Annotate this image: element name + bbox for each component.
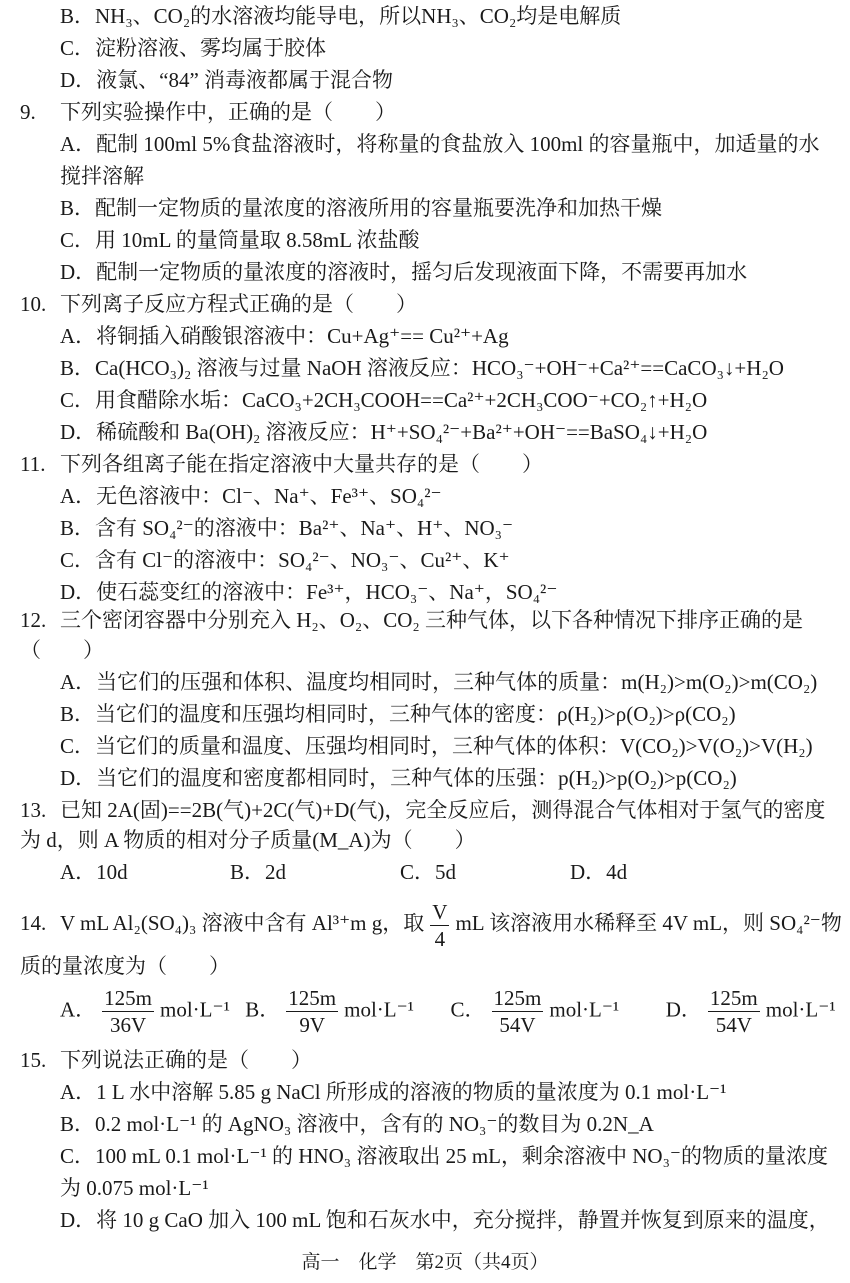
q12-number: 12. [20, 606, 60, 634]
q11-number: 11. [20, 450, 60, 478]
q14-stem-pre: V mL Al₂(SO₄)₃ 溶液中含有 Al³⁺m g，取 [60, 911, 424, 935]
q12-option-b: B．当它们的温度和压强均相同时，三种气体的密度：ρ(H₂)>ρ(O₂)>ρ(CO… [60, 700, 736, 728]
q10-number: 10. [20, 290, 60, 318]
q13-stem-line: 13.已知 2A(固)==2B(气)+2C(气)+D(气)，完全反应后，测得混合… [20, 796, 825, 824]
q14-frac-den: 4 [435, 926, 446, 952]
q10-stem: 下列离子反应方程式正确的是（ ） [60, 292, 417, 316]
q14-options: A．125m36Vmol·L⁻¹ B．125m9Vmol·L⁻¹ C．125m5… [60, 985, 836, 1038]
q12-option-d: D．当它们的温度和密度都相同时，三种气体的压强：p(H₂)>p(O₂)>p(CO… [60, 764, 737, 792]
q14-fraction: V4 [430, 899, 449, 952]
q13-option-b: B．2d [230, 858, 400, 886]
q9-option-c: C．用 10mL 的量筒量取 8.58mL 浓盐酸 [60, 226, 420, 254]
q8-option-d: D．液氯、“84” 消毒液都属于混合物 [60, 66, 393, 94]
q12-option-c: C．当它们的质量和温度、压强均相同时，三种气体的体积：V(CO₂)>V(O₂)>… [60, 732, 813, 760]
q14-stem-line: 14.V mL Al₂(SO₄)₃ 溶液中含有 Al³⁺m g，取V4mL 该溶… [20, 897, 842, 952]
q15-option-a: A．1 L 水中溶解 5.85 g NaCl 所形成的溶液的物质的量浓度为 0.… [60, 1078, 726, 1106]
q14-number: 14. [20, 897, 60, 949]
q9-option-a: A．配制 100ml 5%食盐溶液时，将称量的食盐放入 100ml 的容量瓶中，… [60, 130, 820, 158]
q11-option-c: C．含有 Cl⁻的溶液中：SO₄²⁻、NO₃⁻、Cu²⁺、K⁺ [60, 546, 510, 574]
q14-stem-post: mL 该溶液用水稀释至 4V mL，则 SO₄²⁻物 [455, 911, 841, 935]
q15-option-b: B．0.2 mol·L⁻¹ 的 AgNO₃ 溶液中，含有的 NO₃⁻的数目为 0… [60, 1110, 654, 1138]
q15-number: 15. [20, 1046, 60, 1074]
q15-option-c-cont: 为 0.075 mol·L⁻¹ [60, 1174, 209, 1202]
q10-option-c: C．用食醋除水垢：CaCO₃+2CH₃COOH==Ca²⁺+2CH₃COO⁻+C… [60, 386, 707, 414]
q13-option-a: A．10d [60, 858, 230, 886]
q10-stem-line: 10.下列离子反应方程式正确的是（ ） [20, 290, 417, 318]
q9-option-b: B．配制一定物质的量浓度的溶液所用的容量瓶要洗净和加热干燥 [60, 194, 662, 222]
q13-stem: 已知 2A(固)==2B(气)+2C(气)+D(气)，完全反应后，测得混合气体相… [60, 798, 825, 822]
q14-option-c: C．125m54Vmol·L⁻¹ [451, 985, 661, 1038]
q11-stem: 下列各组离子能在指定溶液中大量共存的是（ ） [60, 452, 543, 476]
q8-option-c: C．淀粉溶液、雾均属于胶体 [60, 34, 326, 62]
q12-stem-cont: （ ） [20, 636, 104, 664]
q10-option-b: B．Ca(HCO₃)₂ 溶液与过量 NaOH 溶液反应：HCO₃⁻+OH⁻+Ca… [60, 354, 784, 382]
q11-option-b: B．含有 SO₄²⁻的溶液中：Ba²⁺、Na⁺、H⁺、NO₃⁻ [60, 514, 513, 542]
q14-option-b: B．125m9Vmol·L⁻¹ [245, 985, 445, 1038]
q11-stem-line: 11.下列各组离子能在指定溶液中大量共存的是（ ） [20, 450, 543, 478]
q14-frac-num: V [430, 899, 449, 926]
q13-options: A．10dB．2dC．5dD．4d [60, 858, 627, 886]
q13-option-c: C．5d [400, 858, 570, 886]
q12-option-a: A．当它们的压强和体积、温度均相同时，三种气体的质量：m(H₂)>m(O₂)>m… [60, 668, 817, 696]
q14-stem-cont: 质的量浓度为（ ） [20, 952, 230, 980]
q13-number: 13. [20, 796, 60, 824]
q9-stem: 下列实验操作中，正确的是（ ） [60, 100, 396, 124]
q9-number: 9. [20, 98, 60, 126]
q9-option-d: D．配制一定物质的量浓度的溶液时，摇匀后发现液面下降，不需要再加水 [60, 258, 747, 286]
q13-stem-cont: 为 d，则 A 物质的相对分子质量(M_A)为（ ） [20, 826, 476, 854]
q8-option-b: B．NH₃、CO₂的水溶液均能导电，所以NH₃、CO₂均是电解质 [60, 2, 621, 30]
q13-option-d: D．4d [570, 860, 627, 884]
q15-stem-line: 15.下列说法正确的是（ ） [20, 1046, 312, 1074]
q12-stem: 三个密闭容器中分别充入 H₂、O₂、CO₂ 三种气体，以下各种情况下排序正确的是 [60, 608, 803, 632]
q11-option-d: D．使石蕊变红的溶液中：Fe³⁺，HCO₃⁻、Na⁺，SO₄²⁻ [60, 578, 557, 606]
q9-option-a-cont: 搅拌溶解 [60, 162, 144, 190]
q11-option-a: A．无色溶液中：Cl⁻、Na⁺、Fe³⁺、SO₄²⁻ [60, 482, 442, 510]
q10-option-a: A．将铜插入硝酸银溶液中：Cu+Ag⁺== Cu²⁺+Ag [60, 322, 509, 350]
q15-option-c: C．100 mL 0.1 mol·L⁻¹ 的 HNO₃ 溶液取出 25 mL，剩… [60, 1142, 828, 1170]
q9-stem-line: 9.下列实验操作中，正确的是（ ） [20, 98, 396, 126]
q12-stem-line: 12.三个密闭容器中分别充入 H₂、O₂、CO₂ 三种气体，以下各种情况下排序正… [20, 606, 803, 634]
q15-option-d: D．将 10 g CaO 加入 100 mL 饱和石灰水中，充分搅拌，静置并恢复… [60, 1206, 830, 1234]
q14-option-a: A．125m36Vmol·L⁻¹ [60, 985, 240, 1038]
q15-stem: 下列说法正确的是（ ） [60, 1048, 312, 1072]
page-footer: 高一 化学 第2页（共4页） [0, 1247, 850, 1274]
q10-option-d: D．稀硫酸和 Ba(OH)₂ 溶液反应：H⁺+SO₄²⁻+Ba²⁺+OH⁻==B… [60, 418, 707, 446]
q14-option-d: D．125m54Vmol·L⁻¹ [666, 985, 836, 1038]
